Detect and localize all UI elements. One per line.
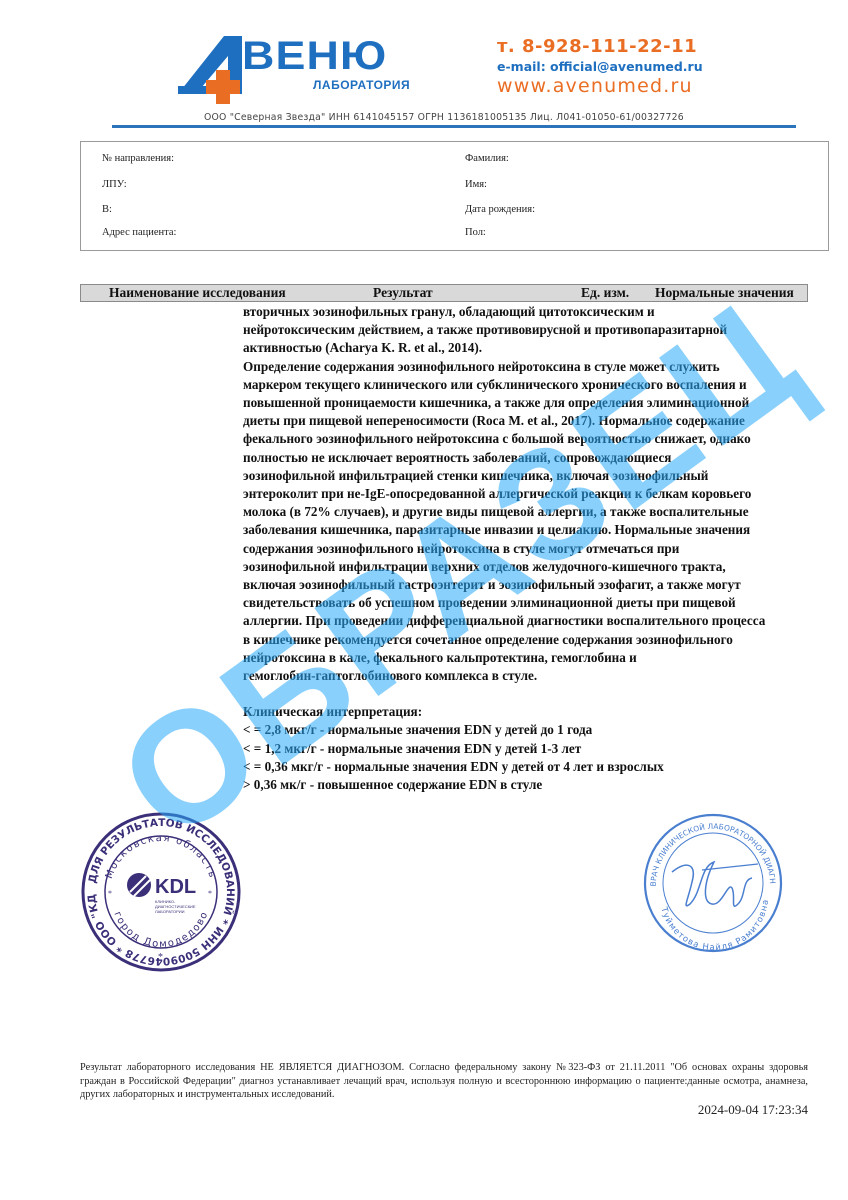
sex-label: Пол:: [465, 227, 486, 238]
brand-name: ВЕНЮ: [242, 34, 387, 79]
svg-text:город Домодедово: город Домодедово: [112, 909, 211, 950]
interpretation-item: > 0,36 мк/г - повышенное содержание EDN …: [243, 776, 813, 794]
description-line: повышенной проницаемости кишечника, а та…: [243, 394, 813, 412]
description-line: содержания эозинофильного нейротоксина в…: [243, 540, 813, 558]
referral-number-label: № направления:: [102, 153, 174, 164]
patient-address-label: Адрес пациента:: [102, 227, 176, 238]
results-table-header: Наименование исследования Результат Ед. …: [80, 284, 808, 302]
interpretation-item: < = 1,2 мкг/г - нормальные значения EDN …: [243, 740, 813, 758]
description-line: вторичных эозинофильных гранул, обладающ…: [243, 303, 813, 321]
first-name-label: Имя:: [465, 179, 487, 190]
interpretation-item: < = 0,36 мкг/г - нормальные значения EDN…: [243, 758, 813, 776]
description-line: нейротоксина в кале, фекального кальпрот…: [243, 649, 813, 667]
description-line: фекального эозинофильного нейротоксина с…: [243, 430, 813, 448]
description-line: полностью не исключает вероятность забол…: [243, 449, 813, 467]
description-line: включая эозинофильный гастроэнтерит и эо…: [243, 576, 813, 594]
column-test-name: Наименование исследования: [109, 285, 286, 301]
column-units: Ед. изм.: [581, 285, 629, 301]
contact-block: т. 8-928-111-22-11 e-mail: official@aven…: [497, 36, 737, 97]
header-divider: [112, 125, 796, 128]
test-description: вторичных эозинофильных гранул, обладающ…: [243, 303, 813, 794]
column-reference-range: Нормальные значения: [655, 285, 794, 301]
organization-stamp: ДЛЯ РЕЗУЛЬТАТОВ ИССЛЕДОВАНИЙ * ИНН 50090…: [80, 812, 242, 972]
patient-info-box: № направления: ЛПУ: В: Адрес пациента: Ф…: [80, 141, 829, 251]
description-line: молока (в 72% случаев), и другие виды пи…: [243, 503, 813, 521]
brand-subtitle: ЛАБОРАТОРИЯ: [313, 78, 410, 92]
doctor-title-text: ВРАЧ КЛИНИЧЕСКОЙ ЛАБОРАТОРНОЙ ДИАГНОСТИК…: [642, 812, 777, 887]
svg-text:ВРАЧ КЛИНИЧЕСКОЙ ЛАБОРАТОРНОЙ: ВРАЧ КЛИНИЧЕСКОЙ ЛАБОРАТОРНОЙ ДИАГНОСТИК…: [642, 812, 777, 887]
description-line: эозинофильной инфильтрации верхних отдел…: [243, 558, 813, 576]
svg-text:*: *: [158, 952, 163, 963]
doctor-stamp: ВРАЧ КЛИНИЧЕСКОЙ ЛАБОРАТОРНОЙ ДИАГНОСТИК…: [642, 812, 784, 954]
interpretation-item: < = 2,8 мкг/г - нормальные значения EDN …: [243, 721, 813, 739]
interpretation-title: Клиническая интерпретация:: [243, 703, 813, 721]
stamp-city-text: город Домодедово: [112, 909, 211, 950]
svg-text:ЛАБОРАТОРИИ: ЛАБОРАТОРИИ: [155, 909, 185, 914]
svg-text:*: *: [108, 889, 112, 898]
birth-date-label: Дата рождения:: [465, 204, 535, 215]
description-line: свидетельствовать об успешном проведении…: [243, 594, 813, 612]
b-label: В:: [102, 204, 112, 215]
avenue-logo: ВЕНЮ ЛАБОРАТОРИЯ: [178, 32, 440, 104]
lpu-label: ЛПУ:: [102, 179, 127, 190]
kdl-stamp-icon: ДЛЯ РЕЗУЛЬТАТОВ ИССЛЕДОВАНИЙ * ИНН 50090…: [80, 812, 242, 972]
doctor-name-text: Туйметова Найля Рамитовна: [658, 898, 771, 953]
kdl-logo-text: KDL: [155, 876, 196, 898]
description-line: маркером текущего клинического или субкл…: [243, 376, 813, 394]
email-address: e-mail: official@avenumed.ru: [497, 58, 737, 75]
svg-text:*: *: [208, 889, 212, 898]
description-line: активностью (Acharya K. R. et al., 2014)…: [243, 339, 813, 357]
description-line: в кишечнике рекомендуется сочетанное опр…: [243, 631, 813, 649]
description-line: заболевания кишечника, паразитарные инва…: [243, 521, 813, 539]
surname-label: Фамилия:: [465, 153, 509, 164]
report-timestamp: 2024-09-04 17:23:34: [698, 1102, 808, 1118]
description-line: эозинофильной инфильтрацией стенки кишеч…: [243, 467, 813, 485]
phone-number: т. 8-928-111-22-11: [497, 36, 737, 58]
website-url: www.avenumed.ru: [497, 75, 737, 97]
description-line: энтероколит при не-IgE-опосредованной ал…: [243, 485, 813, 503]
legal-details: ООО "Северная Звезда" ИНН 6141045157 ОГР…: [204, 112, 684, 123]
svg-text:Туйметова Найля Рамитовна: Туйметова Найля Рамитовна: [658, 898, 771, 953]
description-line: нейротоксическим действием, а также прот…: [243, 321, 813, 339]
letterhead: ВЕНЮ ЛАБОРАТОРИЯ т. 8-928-111-22-11 e-ma…: [0, 0, 848, 135]
doctor-stamp-icon: ВРАЧ КЛИНИЧЕСКОЙ ЛАБОРАТОРНОЙ ДИАГНОСТИК…: [642, 812, 784, 954]
description-line: аллергии. При проведении дифференциально…: [243, 612, 813, 630]
clinical-interpretation: Клиническая интерпретация: < = 2,8 мкг/г…: [243, 703, 813, 794]
description-line: Определение содержания эозинофильного не…: [243, 358, 813, 376]
description-line: гемоглобин-гаптоглобинового комплекса в …: [243, 667, 813, 685]
description-line: диеты при пищевой непереносимости (Roca …: [243, 412, 813, 430]
legal-disclaimer: Результат лабораторного исследования НЕ …: [80, 1061, 808, 1102]
column-result: Результат: [373, 285, 433, 301]
